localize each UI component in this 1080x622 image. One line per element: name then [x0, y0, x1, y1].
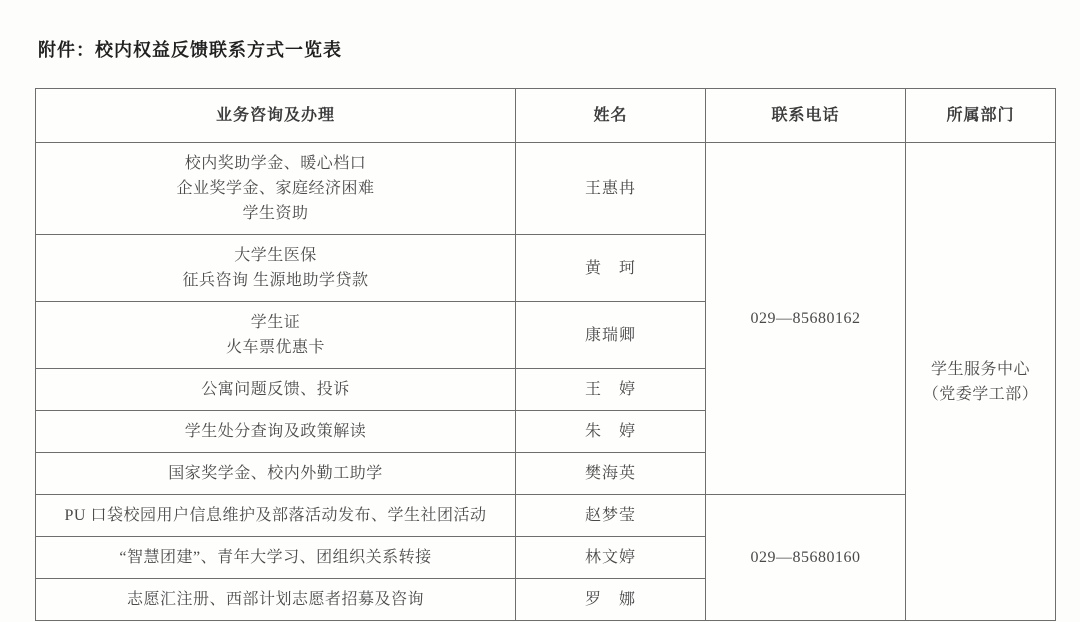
name-cell: 林文婷 — [516, 537, 706, 579]
text-line: 征兵咨询 生源地助学贷款 — [42, 268, 509, 293]
column-header-phone: 联系电话 — [706, 89, 906, 143]
document-page: 附件：校内权益反馈联系方式一览表 业务咨询及办理姓名联系电话所属部门 校内奖助学… — [0, 0, 1080, 622]
text-line: 学生处分查询及政策解读 — [42, 419, 509, 444]
text-line: 公寓问题反馈、投诉 — [42, 377, 509, 402]
name-cell: 王惠冉 — [516, 143, 706, 235]
text-line: 国家奖学金、校内外勤工助学 — [42, 461, 509, 486]
text-line: 学生证 — [42, 310, 509, 335]
service-cell: 大学生医保征兵咨询 生源地助学贷款 — [36, 235, 516, 302]
text-line: 火车票优惠卡 — [42, 335, 509, 360]
column-header-department: 所属部门 — [906, 89, 1056, 143]
service-cell: 志愿汇注册、西部计划志愿者招募及咨询 — [36, 579, 516, 621]
text-line: 企业奖学金、家庭经济困难 — [42, 176, 509, 201]
service-cell: 学生证火车票优惠卡 — [36, 302, 516, 369]
phone-cell: 029—85680160 — [706, 495, 906, 621]
service-cell: PU 口袋校园用户信息维护及部落活动发布、学生社团活动 — [36, 495, 516, 537]
name-cell: 黄 珂 — [516, 235, 706, 302]
column-header-service: 业务咨询及办理 — [36, 89, 516, 143]
name-cell: 朱 婷 — [516, 411, 706, 453]
service-cell: “智慧团建”、青年大学习、团组织关系转接 — [36, 537, 516, 579]
name-cell: 赵梦莹 — [516, 495, 706, 537]
text-line: 学生服务中心 — [912, 357, 1049, 382]
service-cell: 公寓问题反馈、投诉 — [36, 369, 516, 411]
text-line: 校内奖助学金、暖心档口 — [42, 151, 509, 176]
page-title: 附件：校内权益反馈联系方式一览表 — [38, 36, 342, 62]
name-cell: 康瑞卿 — [516, 302, 706, 369]
column-header-name: 姓名 — [516, 89, 706, 143]
name-cell: 罗 娜 — [516, 579, 706, 621]
table-row: 校内奖助学金、暖心档口企业奖学金、家庭经济困难学生资助王惠冉029—856801… — [36, 143, 1056, 235]
text-line: “智慧团建”、青年大学习、团组织关系转接 — [42, 545, 509, 570]
text-line: 学生资助 — [42, 201, 509, 226]
department-cell: 学生服务中心（党委学工部） — [906, 143, 1056, 621]
contact-table: 业务咨询及办理姓名联系电话所属部门 校内奖助学金、暖心档口企业奖学金、家庭经济困… — [35, 88, 1056, 621]
table-header-row: 业务咨询及办理姓名联系电话所属部门 — [36, 89, 1056, 143]
text-line: 志愿汇注册、西部计划志愿者招募及咨询 — [42, 587, 509, 612]
table-row: PU 口袋校园用户信息维护及部落活动发布、学生社团活动赵梦莹029—856801… — [36, 495, 1056, 537]
text-line: 大学生医保 — [42, 243, 509, 268]
text-line: PU 口袋校园用户信息维护及部落活动发布、学生社团活动 — [42, 503, 509, 528]
phone-cell: 029—85680162 — [706, 143, 906, 495]
text-line: （党委学工部） — [912, 382, 1049, 407]
service-cell: 校内奖助学金、暖心档口企业奖学金、家庭经济困难学生资助 — [36, 143, 516, 235]
name-cell: 王 婷 — [516, 369, 706, 411]
service-cell: 学生处分查询及政策解读 — [36, 411, 516, 453]
name-cell: 樊海英 — [516, 453, 706, 495]
service-cell: 国家奖学金、校内外勤工助学 — [36, 453, 516, 495]
